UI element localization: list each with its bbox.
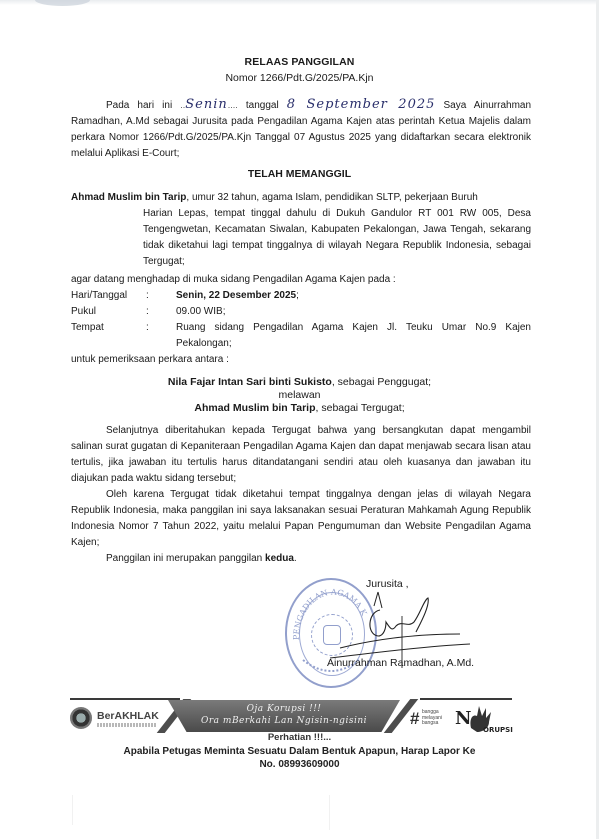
defendant-name-2: Ahmad Muslim bin Tarip: [194, 402, 315, 414]
document-title: RELAAS PANGGILAN: [0, 56, 599, 68]
notice-title: Perhatian !!!...: [0, 732, 599, 743]
report-phone-number: No. 08993609000: [0, 758, 599, 771]
scan-top-shadow: [0, 0, 599, 5]
berakhlak-emblem-icon: [70, 707, 92, 729]
defendant-identity: Ahmad Muslim bin Tarip, umur 32 tahun, a…: [71, 190, 531, 270]
scan-artifact: [35, 0, 90, 6]
handwritten-date: 8 September 2025: [287, 97, 436, 112]
report-notice: Apabila Petugas Meminta Sesuatu Dalam Be…: [0, 745, 599, 771]
hashtag-icon: #: [410, 709, 419, 729]
summons-sequence: kedua: [265, 553, 294, 564]
hearing-time: 09.00 WIB;: [176, 304, 531, 320]
defendant-line: Ahmad Muslim bin Tarip, sebagai Tergugat…: [0, 402, 599, 415]
banner-line-1: Oja Korupsi !!!: [168, 704, 400, 714]
bailiff-name: Ainurrahman Ramadhan, A.Md.: [327, 657, 474, 669]
plaintiff-name: Nila Fajar Intan Sari binti Sukisto: [168, 376, 332, 388]
no-corruption-logo: N ORUPSI: [455, 704, 515, 734]
summoned-heading: TELAH MEMANGGIL: [0, 168, 599, 180]
attend-intro: agar datang menghadap di muka sidang Pen…: [71, 272, 531, 288]
defendant-details: Harian Lepas, tempat tinggal dahulu di D…: [71, 206, 531, 270]
bangga-melayani-bangsa-logo: bangga melayani bangsa: [422, 710, 442, 727]
notice-paragraph: Selanjutnya diberitahukan kepada Terguga…: [71, 423, 531, 487]
banner-line-2: Ora mBerkahi Lan Ngisin-ngisini: [168, 716, 400, 726]
case-intro: untuk pemeriksaan perkara antara :: [71, 352, 531, 368]
hearing-date: Senin, 22 Desember 2025: [176, 290, 296, 301]
handwritten-day: Senin: [185, 97, 228, 112]
opening-prefix: Pada hari ini: [106, 100, 172, 111]
footer-divider-left: [70, 698, 180, 700]
opening-paragraph: Pada hari ini ..Senin.... tanggal 8 Sept…: [71, 97, 531, 162]
versus-line: melawan: [0, 389, 599, 402]
footer-divider-right: [420, 698, 512, 700]
signature-block: PENGADILAN AGAMA KAJEN Jurusita , Ainurr…: [280, 578, 540, 698]
berakhlak-logo-text: BerAKHLAK: [97, 710, 159, 722]
date-label: tanggal: [246, 100, 279, 111]
case-number: Nomor 1266/Pdt.G/2025/PA.Kjn: [0, 72, 599, 84]
no-corruption-hand-icon: N ORUPSI: [455, 704, 515, 734]
reason-paragraph: Oleh karena Tergugat tidak diketahui tem…: [71, 487, 531, 551]
plaintiff-line: Nila Fajar Intan Sari binti Sukisto, seb…: [0, 376, 599, 389]
closing-line: Panggilan ini merupakan panggilan kedua.: [71, 551, 531, 567]
handwritten-signature: [320, 588, 470, 668]
hearing-place: Ruang sidang Pengadilan Agama Kajen Jl. …: [176, 320, 531, 352]
defendant-name: Ahmad Muslim bin Tarip: [71, 192, 186, 203]
svg-text:N: N: [455, 708, 471, 729]
